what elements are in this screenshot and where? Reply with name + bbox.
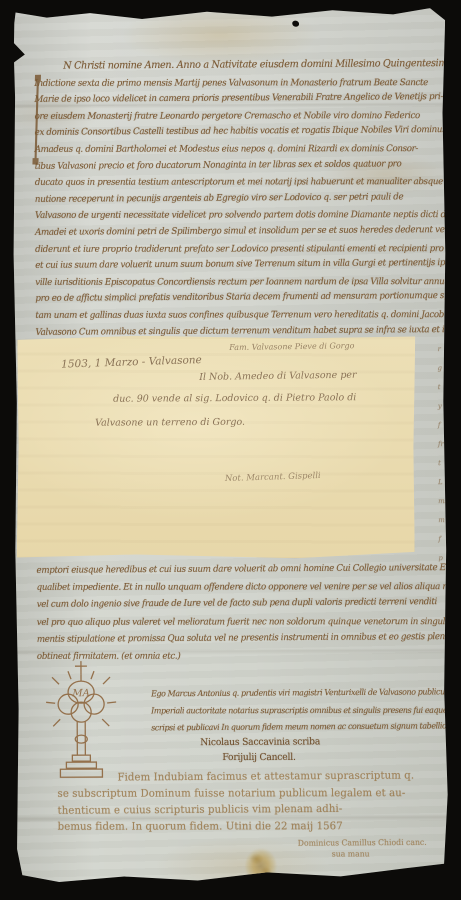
mark-base-1: [72, 755, 90, 761]
manuscript-line: emptori eiusque heredibus et cui ius suu…: [36, 560, 432, 580]
manuscript-line: N Christi nomine Amen. Anno a Nativitate…: [34, 56, 430, 75]
manuscript-photo: I N Christi nomine Amen. Anno a Nativita…: [0, 0, 461, 900]
notarial-mark: MA: [35, 657, 128, 785]
margin-fragment: t: [438, 454, 454, 473]
signature-line: Forijulij Cancell.: [222, 750, 413, 765]
archival-slip: Fam. Valvasone Pieve di Gorgo 1503, 1 Ma…: [17, 335, 416, 558]
margin-fragment: f: [438, 530, 454, 549]
latin-text-lower: emptori eiusque heredibus et cui ius suu…: [37, 561, 447, 666]
margin-fragment: m: [438, 511, 453, 530]
attestation-line: bemus fidem. In quorum fidem. Utini die …: [58, 818, 425, 835]
manuscript-line: pro eo de affictu simplici prefatis vend…: [35, 288, 431, 307]
margin-fragment: t: [438, 378, 454, 397]
attestation-line: Fidem Indubiam facimus et attestamur sup…: [117, 767, 426, 786]
signature-line: Dominicus Camillus Chiodi canc.: [298, 837, 457, 849]
chancery-signature: Nicolaus Saccavinia scribaForijulij Canc…: [200, 735, 420, 765]
manuscript-line: Marie de ipso loco videlicet in camera p…: [34, 89, 430, 108]
manuscript-line: scripsi et publicavi In quorum fidem meu…: [151, 717, 441, 736]
manuscript-line: tibus Valvasoni precio et foro ducatorum…: [35, 156, 431, 175]
latin-text-upper: N Christi nomine Amen. Anno a Nativitate…: [34, 57, 445, 341]
manuscript-line: Ego Marcus Antonius q. prudentis viri ma…: [151, 683, 441, 702]
attestation-line: thenticum e cuius scripturis publicis vi…: [58, 800, 425, 819]
mark-initials: MA: [71, 688, 90, 699]
margin-fragment: g: [438, 359, 453, 378]
manuscript-line: nutione receperunt in pecunijs argenteis…: [35, 189, 431, 208]
slip-summary-line: Valvasone un terreno di Gorgo.: [95, 417, 245, 429]
manuscript-line: Amadei et uxoris domini petri de Spilimb…: [35, 222, 431, 241]
manuscript-line: ex dominis Consortibus Castelli testibus…: [35, 123, 431, 142]
worm-hole: [291, 20, 300, 28]
wax-seal-stain: [240, 843, 282, 889]
slip-summary-line: duc. 90 vende al sig. Lodovico q. di Pie…: [113, 392, 356, 404]
slip-date-place: 1503, 1 Marzo - Valvasone: [61, 354, 202, 371]
mark-base-2: [66, 762, 96, 768]
slip-header: Fam. Valvasone Pieve di Gorgo: [229, 341, 354, 352]
notary-subscription: Ego Marcus Antonius q. prudentis viri ma…: [151, 684, 451, 736]
manuscript-line: mentis stipulatione et promissa Qua solu…: [37, 629, 433, 649]
margin-fragment: L: [438, 473, 453, 492]
margin-fragment: ms: [438, 492, 454, 511]
margin-fragment: fr: [438, 435, 453, 454]
attestation-note: Fidem Indubiam facimus et attestamur sup…: [57, 768, 437, 835]
margin-fragment: y: [438, 397, 453, 416]
margin-fragment: r: [438, 340, 454, 359]
slip-notary-ref: Not. Marcant. Gispelli: [225, 471, 321, 484]
margin-line-fragments: rgtyffrtLmsmfp: [438, 340, 455, 568]
signature-line: sua manu: [332, 848, 458, 859]
slip-summary-line: Il Nob. Amedeo di Valvasone per: [199, 370, 357, 383]
manuscript-line: et cui ius suum dare voluerit unum suum …: [35, 255, 431, 274]
margin-fragment: f: [438, 416, 454, 435]
manuscript-line: vel cum dolo ingenio sive fraude de Iure…: [37, 595, 433, 615]
signature-line: Nicolaus Saccavinia scriba: [200, 735, 412, 751]
bottom-signature: Dominicus Camillus Chiodi canc.sua manu: [298, 837, 461, 860]
